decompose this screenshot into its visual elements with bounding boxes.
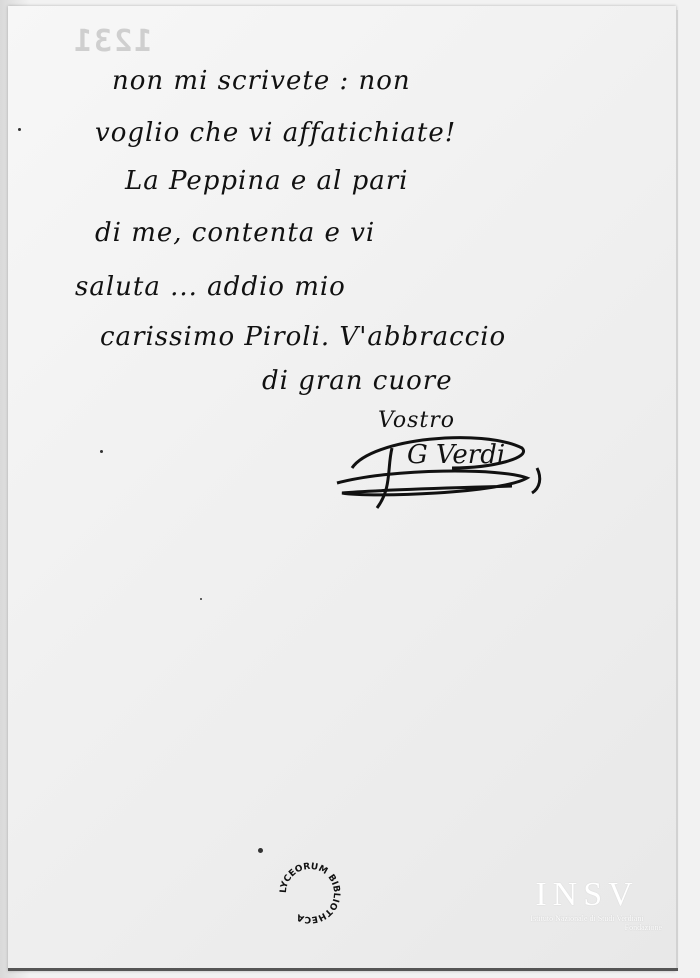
insv-subtitle-2: Fondazione — [512, 923, 662, 932]
speck — [100, 450, 103, 453]
letter-line-6: carissimo Piroli. V'abbraccio — [100, 322, 506, 352]
letter-line-3: La Peppina e al pari — [125, 166, 408, 196]
speck — [200, 598, 202, 600]
letter-line-1: non mi scrivete : non — [112, 66, 411, 96]
signature: G Verdi — [332, 408, 552, 522]
letter-line-7: di gran cuore — [262, 366, 453, 396]
stamp-text: LYCEORUM BIBLIOTHECA — [279, 862, 341, 924]
speck — [258, 848, 263, 853]
speck — [18, 128, 21, 131]
insv-subtitle: Istituto Nazionale di Studi Verdiani — [512, 914, 662, 923]
archive-number-bleedthrough: 1231 — [72, 24, 152, 59]
letter-line-2: voglio che vi affatichiate! — [95, 118, 456, 148]
insv-logo: INSV — [512, 876, 662, 914]
page-bottom-edge — [8, 968, 678, 971]
letter-line-4: di me, contenta e vi — [95, 218, 375, 248]
library-stamp: LYCEORUM BIBLIOTHECA — [275, 858, 345, 928]
signature-text: G Verdi — [407, 440, 505, 470]
insv-watermark: INSV Istituto Nazionale di Studi Verdian… — [512, 876, 662, 932]
signature-flourish-icon: G Verdi — [332, 408, 552, 518]
svg-text:LYCEORUM BIBLIOTHECA: LYCEORUM BIBLIOTHECA — [279, 862, 341, 924]
page-edge — [676, 10, 678, 970]
letter-line-5: saluta ... addio mio — [75, 272, 346, 302]
